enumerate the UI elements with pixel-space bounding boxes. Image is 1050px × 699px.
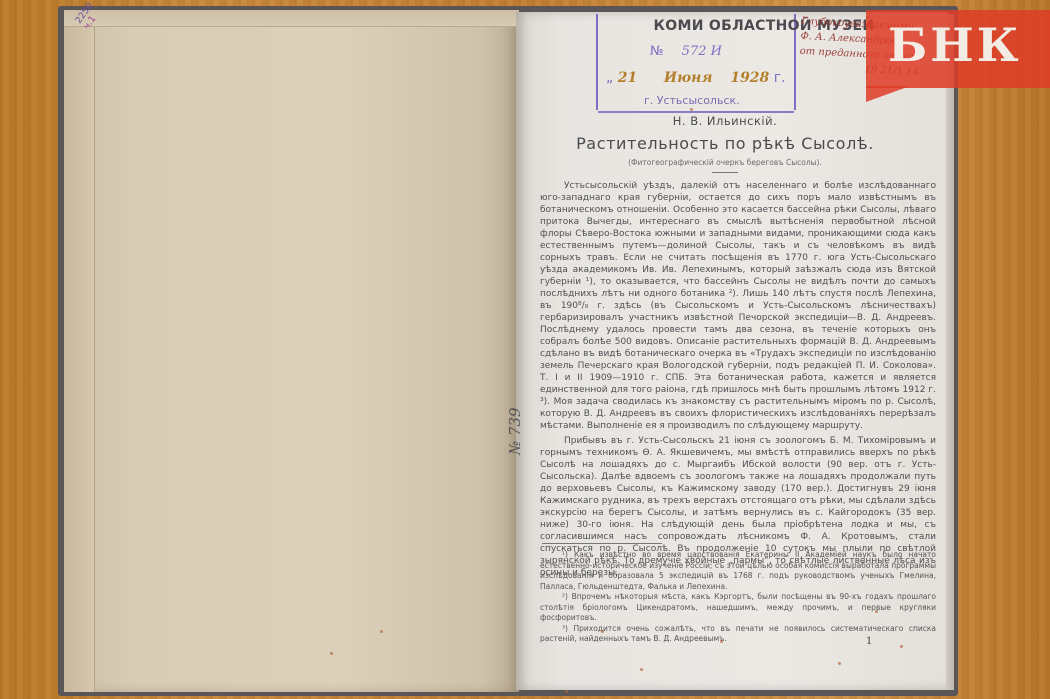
bnk-logo-speech-tail [866,86,910,102]
left-page-fold [64,10,95,692]
body-paragraph-1: Устьсысольскій уѣздъ, далекій отъ населе… [540,180,936,432]
article-author: Н. В. Ильинскій. [600,114,850,128]
stamp-month: Июня [664,70,713,86]
footnote-3: ³) Приходится очень сожалѣть, что въ печ… [540,624,936,645]
stamp-number-label: № [650,44,664,59]
page-edges [946,14,954,690]
handwritten-margin-number: № 739 [506,407,524,455]
footnote-1: ¹) Какъ извѣстно во время царствованія Е… [540,550,936,592]
article-title: Растительность по рѣкѣ Сысолѣ. [565,134,885,153]
bnk-logo-text: БНК [888,18,1022,72]
stamp-number-row: № 572 И [650,44,722,59]
museum-stamp: КОМИ ОБЛАСТНОЙ МУЗЕЙ № 572 И „ 21 Июня 1… [596,14,796,110]
stamp-year-suffix: г. [774,70,786,86]
footnotes: ¹) Какъ извѣстно во время царствованія Е… [540,550,936,645]
stamp-day: 21 [618,70,637,86]
stamp-date-prefix: „ [606,70,613,86]
article-body: Устьсысольскій уѣздъ, далекій отъ населе… [540,180,936,579]
stamp-year: 1928 [730,70,769,86]
page-number: 1 [866,636,872,647]
footnote-divider [542,543,662,544]
footnote-2: ²) Впрочемъ нѣкоторыя мѣста, какъ Кэргор… [540,592,936,624]
stamp-date-row: „ 21 Июня 1928 г. [606,70,786,86]
title-divider [712,172,738,173]
left-page-top-fold [64,10,519,27]
stamp-city: г. Устьсысольск. [644,94,740,107]
left-page [64,10,519,692]
stamp-bottom-border [598,111,794,113]
stamp-number-value: 572 И [682,44,722,59]
article-subtitle: (Фитогеографическій очеркъ береговъ Сысо… [600,158,850,167]
